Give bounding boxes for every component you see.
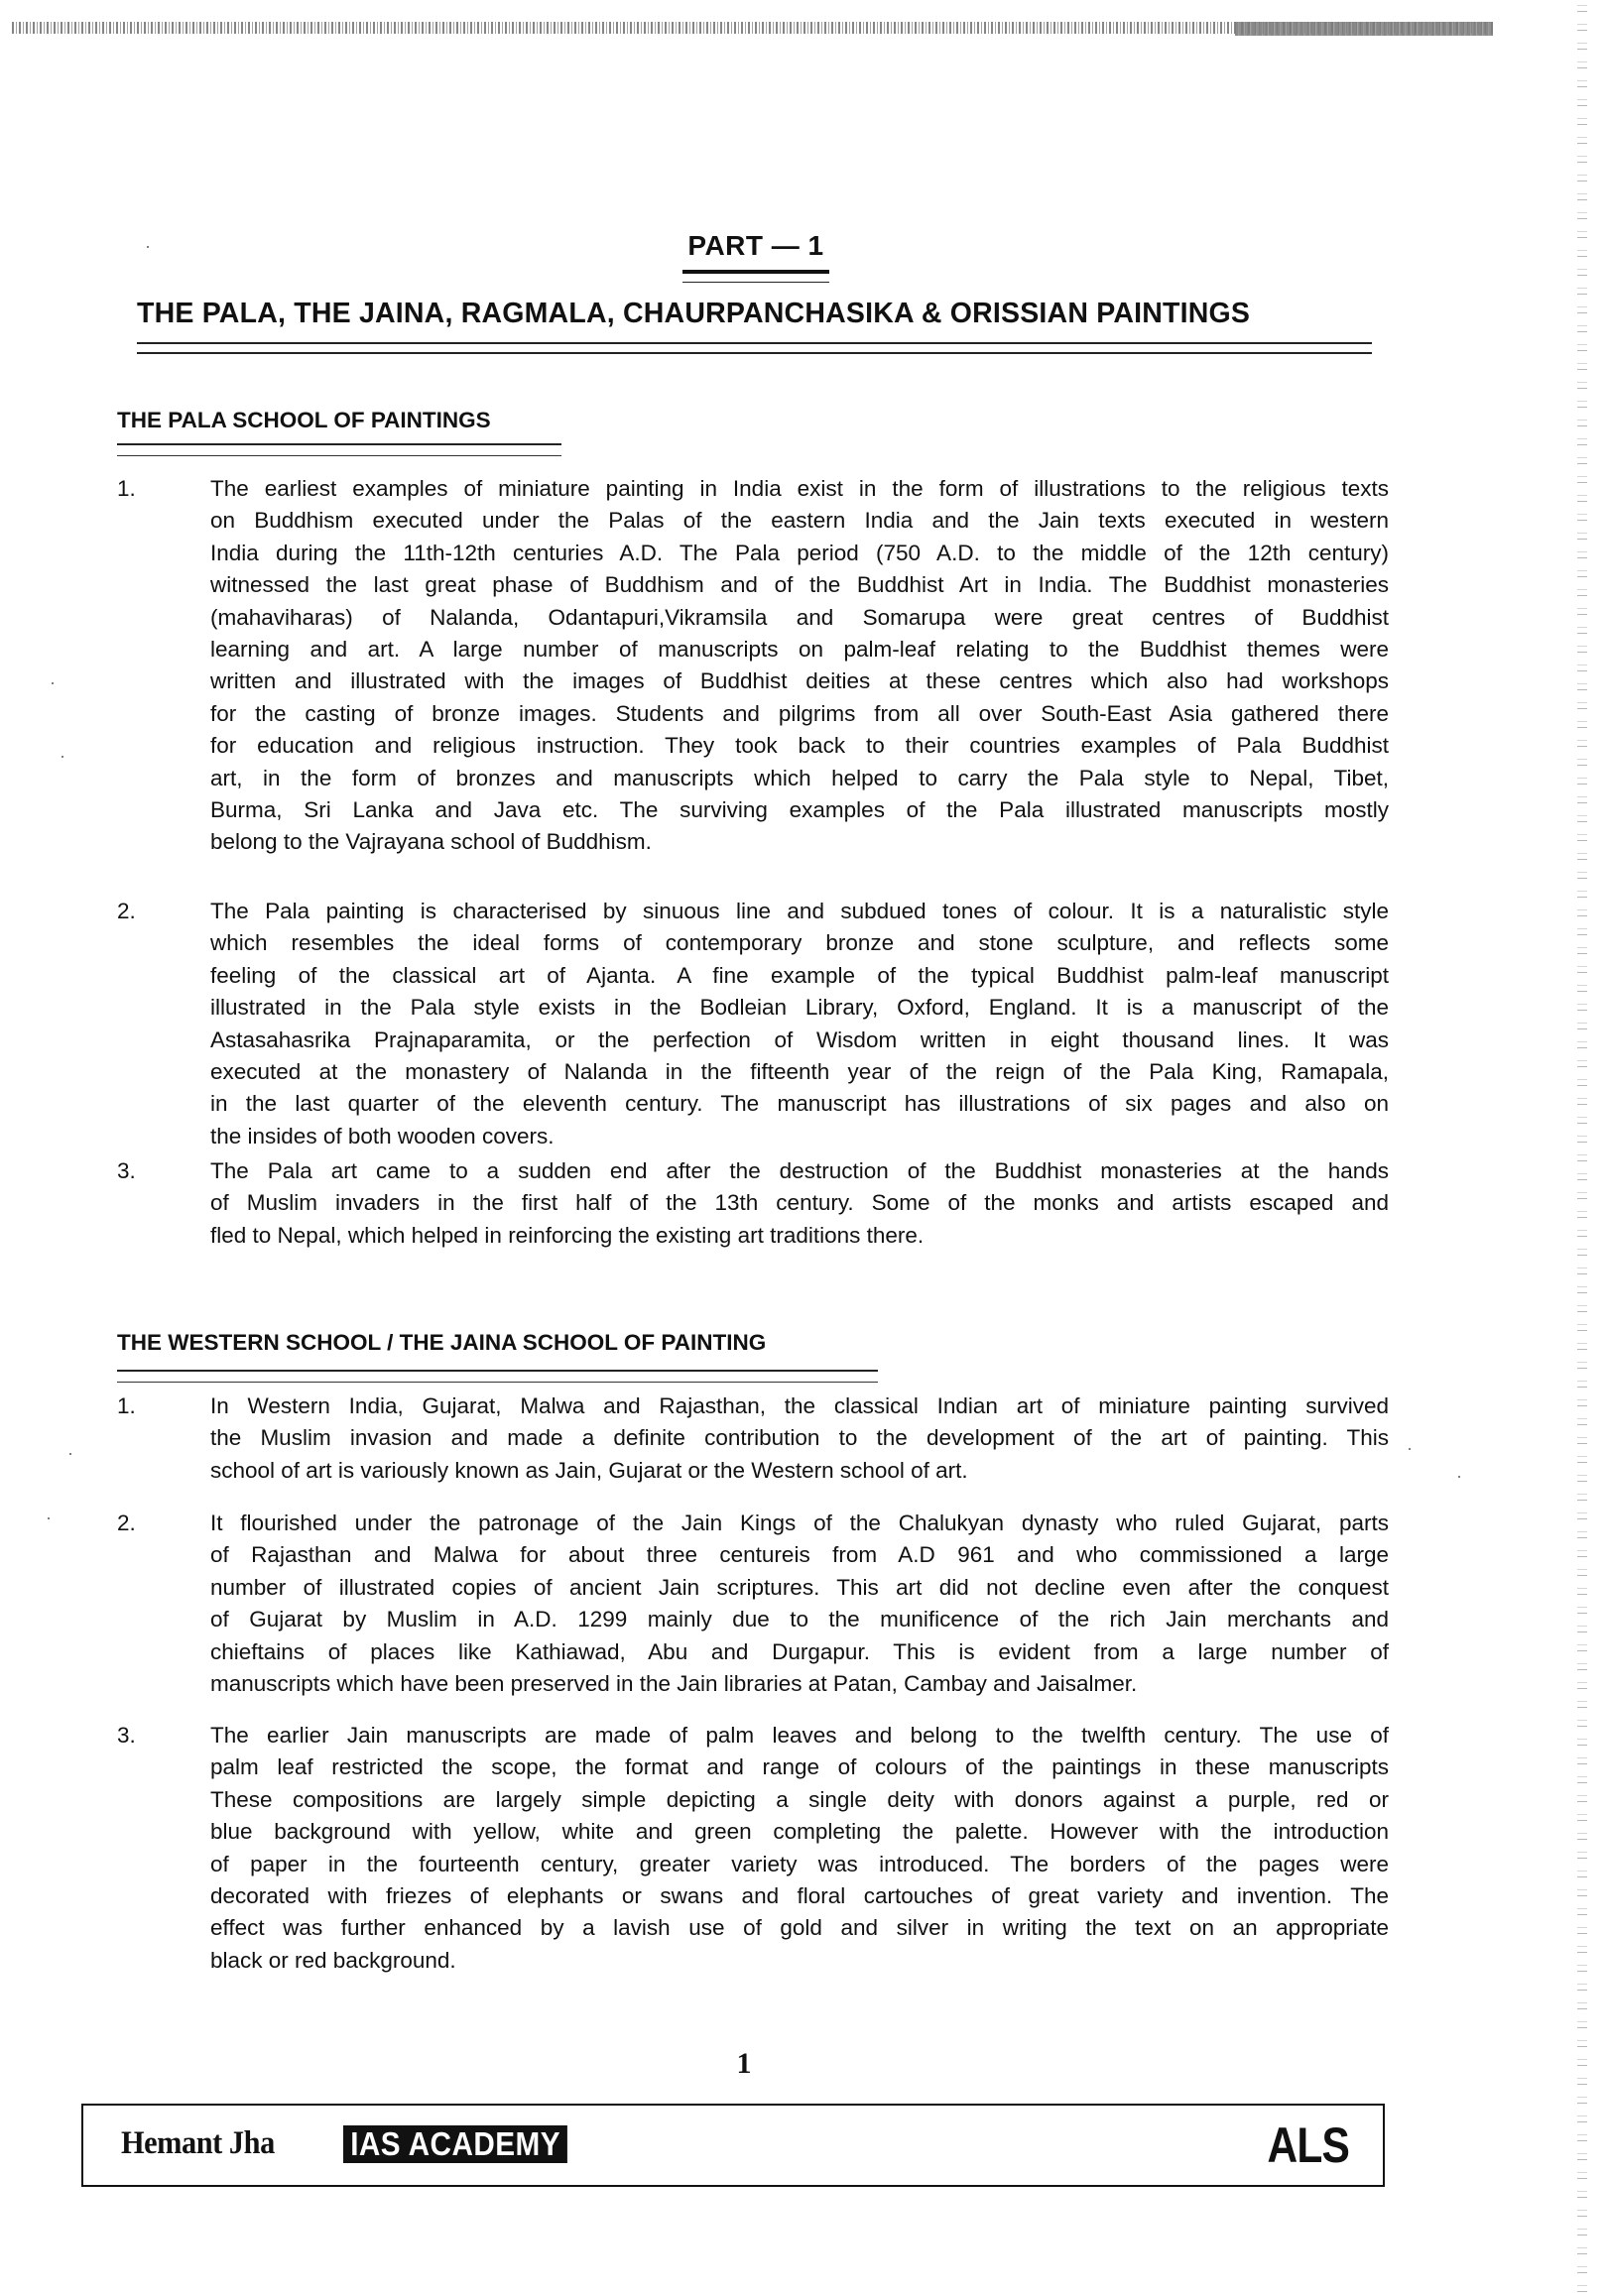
- text-line: chieftains of places like Kathiawad, Abu…: [210, 1636, 1389, 1668]
- text-line: executed at the monastery of Nalanda in …: [210, 1056, 1389, 1088]
- text-line: the Muslim invasion and made a definite …: [210, 1422, 1389, 1454]
- section-heading-rule: [117, 1370, 878, 1372]
- text-line: India during the 11th-12th centuries A.D…: [210, 538, 1389, 569]
- text-line: learning and art. A large number of manu…: [210, 634, 1389, 665]
- scan-speck: [1458, 1476, 1460, 1478]
- scan-speck: [69, 1453, 71, 1455]
- text-line: palm leaf restricted the scope, the form…: [210, 1752, 1389, 1783]
- text-line: manuscripts which have been preserved in…: [210, 1668, 1389, 1700]
- text-line: In Western India, Gujarat, Malwa and Raj…: [210, 1390, 1389, 1422]
- item-number: 3.: [117, 1155, 136, 1187]
- section-heading-rule: [117, 443, 561, 445]
- text-line: on Buddhism executed under the Palas of …: [210, 505, 1389, 537]
- text-line: for the casting of bronze images. Studen…: [210, 698, 1389, 730]
- text-line: The earliest examples of miniature paint…: [210, 473, 1389, 505]
- text-line: blue background with yellow, white and g…: [210, 1816, 1389, 1848]
- text-line: black or red background.: [210, 1945, 1389, 1977]
- footer-academy-label: IAS ACADEMY: [343, 2125, 567, 2163]
- text-line: art, in the form of bronzes and manuscri…: [210, 763, 1389, 794]
- text-line: in the last quarter of the eleventh cent…: [210, 1088, 1389, 1120]
- item-text: The Pala art came to a sudden end after …: [210, 1155, 1389, 1252]
- text-line: feeling of the classical art of Ajanta. …: [210, 960, 1389, 992]
- scan-speck: [62, 756, 63, 758]
- item-number: 2.: [117, 1508, 136, 1539]
- footer-logo: ALS: [1268, 2119, 1349, 2171]
- text-line: The Pala painting is characterised by si…: [210, 896, 1389, 927]
- scan-speck: [48, 1517, 50, 1519]
- item-number: 3.: [117, 1720, 136, 1752]
- chapter-title-rule-2: [137, 352, 1372, 354]
- item-text: The earlier Jain manuscripts are made of…: [210, 1720, 1389, 1977]
- text-line: school of art is variously known as Jain…: [210, 1455, 1389, 1487]
- scan-speck: [147, 246, 149, 248]
- scan-artifact-right-edge: [1577, 0, 1587, 2296]
- part-title-underline-thin: [682, 282, 829, 283]
- text-line: Burma, Sri Lanka and Java etc. The survi…: [210, 794, 1389, 826]
- page-number: 1: [724, 2047, 764, 2081]
- text-line: of Rajasthan and Malwa for about three c…: [210, 1539, 1389, 1571]
- item-text: In Western India, Gujarat, Malwa and Raj…: [210, 1390, 1389, 1487]
- text-line: of Muslim invaders in the first half of …: [210, 1187, 1389, 1219]
- chapter-title: THE PALA, THE JAINA, RAGMALA, CHAURPANCH…: [137, 298, 1372, 330]
- item-number: 1.: [117, 473, 136, 505]
- item-text: It flourished under the patronage of the…: [210, 1508, 1389, 1700]
- text-line: (mahaviharas) of Nalanda, Odantapuri,Vik…: [210, 602, 1389, 634]
- section-heading-rule-thin: [117, 1382, 878, 1383]
- scan-speck: [1409, 1448, 1411, 1450]
- part-title: PART — 1: [0, 230, 1512, 262]
- scan-speck: [52, 682, 54, 684]
- part-title-underline: [682, 270, 829, 274]
- chapter-title-rule: [137, 342, 1372, 344]
- text-line: decorated with friezes of elephants or s…: [210, 1880, 1389, 1912]
- text-line: for education and religious instruction.…: [210, 730, 1389, 762]
- section-heading-rule-thin: [117, 455, 561, 456]
- text-line: of paper in the fourteenth century, grea…: [210, 1849, 1389, 1880]
- section-heading-pala: THE PALA SCHOOL OF PAINTINGS: [117, 408, 491, 433]
- text-line: number of illustrated copies of ancient …: [210, 1572, 1389, 1604]
- text-line: The earlier Jain manuscripts are made of…: [210, 1720, 1389, 1752]
- item-text: The earliest examples of miniature paint…: [210, 473, 1389, 859]
- footer-brand-name: Hemant Jha: [121, 2125, 275, 2162]
- section-heading-western: THE WESTERN SCHOOL / THE JAINA SCHOOL OF…: [117, 1330, 766, 1356]
- text-line: belong to the Vajrayana school of Buddhi…: [210, 826, 1389, 858]
- text-line: These compositions are largely simple de…: [210, 1784, 1389, 1816]
- text-line: of Gujarat by Muslim in A.D. 1299 mainly…: [210, 1604, 1389, 1635]
- text-line: effect was further enhanced by a lavish …: [210, 1912, 1389, 1944]
- item-number: 1.: [117, 1390, 136, 1422]
- item-text: The Pala painting is characterised by si…: [210, 896, 1389, 1152]
- text-line: witnessed the last great phase of Buddhi…: [210, 569, 1389, 601]
- text-line: The Pala art came to a sudden end after …: [210, 1155, 1389, 1187]
- scan-artifact-top: [12, 22, 1493, 34]
- text-line: which resembles the ideal forms of conte…: [210, 927, 1389, 959]
- text-line: the insides of both wooden covers.: [210, 1121, 1389, 1152]
- footer-banner: Hemant Jha IAS ACADEMY ALS: [81, 2104, 1385, 2187]
- text-line: written and illustrated with the images …: [210, 665, 1389, 697]
- text-line: fled to Nepal, which helped in reinforci…: [210, 1220, 1389, 1252]
- text-line: It flourished under the patronage of the…: [210, 1508, 1389, 1539]
- text-line: illustrated in the Pala style exists in …: [210, 992, 1389, 1024]
- item-number: 2.: [117, 896, 136, 927]
- text-line: Astasahasrika Prajnaparamita, or the per…: [210, 1025, 1389, 1056]
